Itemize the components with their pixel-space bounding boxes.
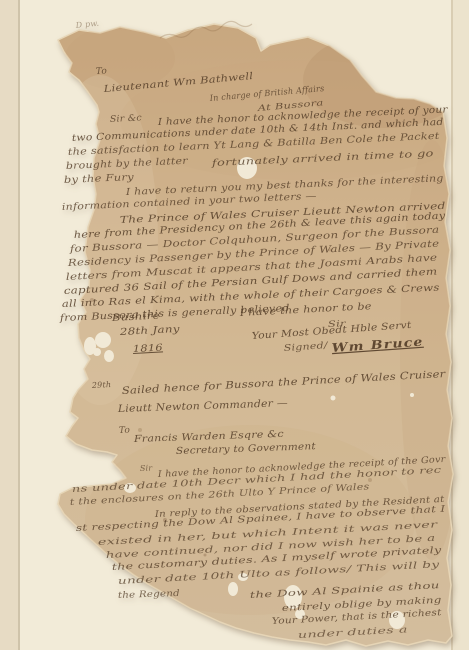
manuscript-line-27: 1816 (133, 342, 164, 355)
manuscript-line-46: the Regend (118, 589, 180, 601)
docket-mark: D pw. (74, 19, 99, 31)
manuscript-line-5: Sir &c (110, 113, 142, 125)
paper-hole (104, 350, 114, 362)
manuscript-line-33: To (119, 426, 131, 436)
manuscript-line-30: 29th (91, 380, 112, 390)
manuscript-line-1: To (96, 66, 108, 77)
paper-hole (93, 348, 101, 356)
paper-hole (228, 582, 238, 596)
paper-hole (331, 396, 336, 401)
manuscript-line-36: Sir (140, 464, 154, 473)
manuscript-canvas: D pw.ToLieutenant Wm BathwellIn charge o… (0, 0, 469, 650)
manuscript-photo: D pw.ToLieutenant Wm BathwellIn charge o… (0, 0, 469, 650)
paper-hole (95, 332, 111, 348)
paper-sheet: D pw.ToLieutenant Wm BathwellIn charge o… (42, 19, 469, 646)
paper-hole (410, 393, 414, 397)
